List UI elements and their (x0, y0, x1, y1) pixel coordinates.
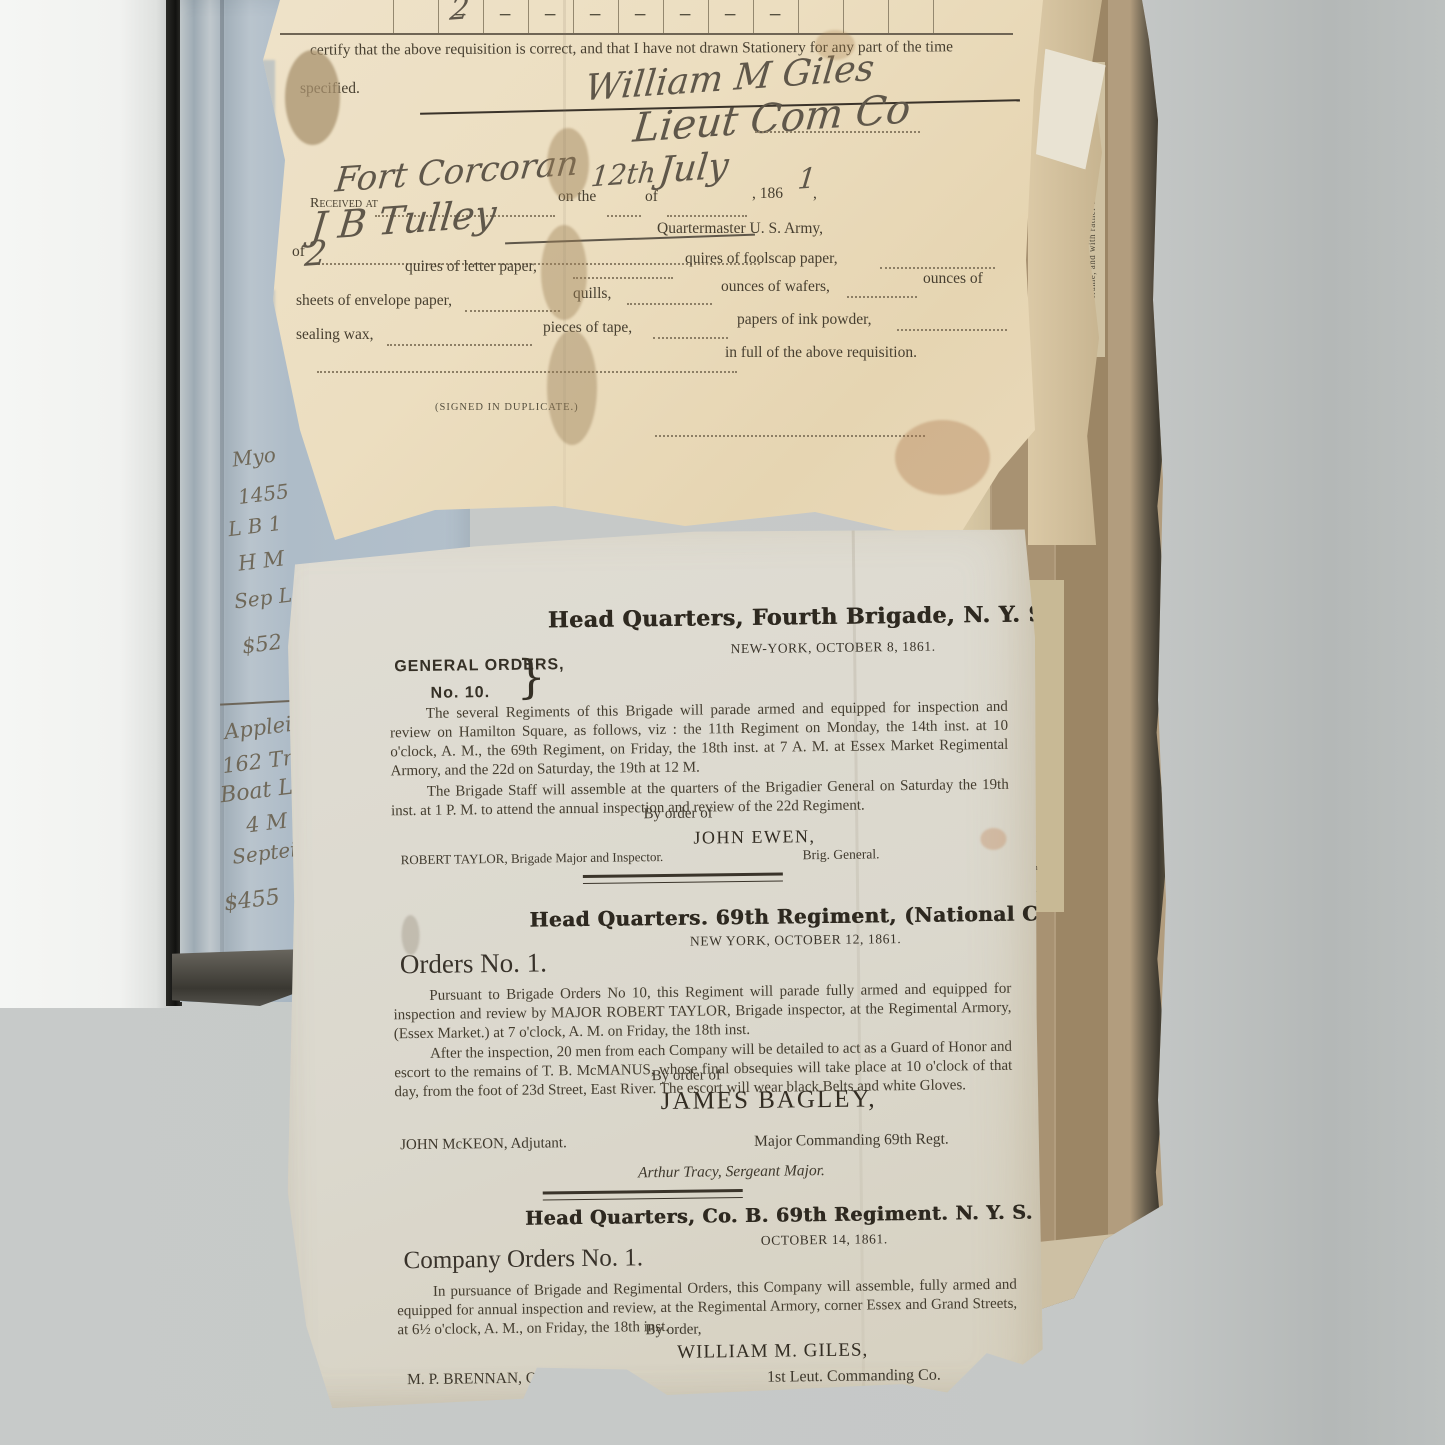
paper-stain (547, 128, 589, 200)
table-cell (888, 0, 933, 33)
dotted-line (897, 328, 1007, 331)
handwriting-fragment: Sep L (233, 583, 293, 614)
bagley-title: Major Commanding 69th Regt. (754, 1131, 949, 1151)
qty-letter-paper: 2 (303, 233, 329, 275)
mckeon-line: JOHN McKEON, Adjutant. (400, 1135, 567, 1154)
dotted-line (317, 370, 737, 373)
dotted-line (880, 266, 995, 269)
table-cell: − (573, 0, 618, 33)
hq-co-b-title: Head Quarters, Co. B. 69th Regiment. N. … (525, 1202, 1025, 1230)
pen-dash (505, 234, 755, 244)
handwriting-fragment: 1455 (237, 479, 290, 509)
received-place: Fort Corcoran (333, 143, 580, 200)
dotted-line (607, 214, 641, 217)
giles-title: 1st Leut. Commanding Co. (767, 1367, 941, 1387)
dotted-line (627, 302, 712, 305)
hq-fourth-brigade-title: Head Quarters, Fourth Brigade, N. Y. S. … (548, 601, 1048, 633)
orders-no1-heading: Orders No. 1. (400, 947, 547, 980)
fold-crease (563, 0, 566, 548)
hq-co-b-date: OCTOBER 14, 1861. (574, 1229, 1074, 1251)
ewen-title: Brig. General. (803, 846, 880, 863)
ewen-name: JOHN EWEN, (504, 824, 1004, 851)
dotted-line (755, 130, 920, 133)
handwriting-fragment: H M (237, 546, 286, 575)
handwriting-fragment: $52 (241, 630, 284, 659)
handwriting-fragment: $455 (223, 885, 282, 917)
line-wafers: ounces of wafers, (721, 278, 830, 296)
handwriting-fragment: 4 M (245, 809, 289, 838)
paper-stain (401, 915, 419, 955)
requisition-sheet: −−−−−−−− 2 certify that the above requis… (255, 0, 1045, 548)
handwriting-fragment: Septei (231, 837, 298, 869)
dotted-line (655, 434, 925, 437)
year-prefix: , 186 (752, 185, 783, 203)
dotted-line (573, 276, 673, 279)
taylor-line: ROBERT TAYLOR, Brigade Major and Inspect… (401, 849, 664, 868)
table-cell: − (618, 0, 663, 33)
table-cell (933, 0, 978, 33)
section-divider (543, 1189, 743, 1200)
brennan-line: M. P. BRENNAN, Orderly, (407, 1369, 577, 1389)
section-divider (583, 873, 783, 884)
year-comma: , (813, 185, 817, 203)
line-sealing-wax: sealing wax, (296, 326, 373, 344)
hq-69th-date: NEW YORK, OCTOBER 12, 1861. (596, 930, 996, 951)
paper-stain (895, 420, 990, 495)
line-ink-powder: papers of ink powder, (737, 311, 872, 329)
general-orders-number: No. 10. (431, 684, 491, 703)
paper-stain (980, 828, 1006, 850)
requisition-table-cells: −−−−−−−− (393, 0, 978, 33)
dotted-line (667, 214, 747, 217)
handwritten-quantity: 2 (448, 0, 471, 28)
scrapbook-scan: Myo1455L B 1H MSep L$52Applei162 TruBoat… (0, 0, 1445, 1445)
scanner-margin (0, 0, 170, 1008)
orders-sheet: Head Quarters, Fourth Brigade, N. Y. S. … (277, 517, 1050, 1418)
handwriting-fragment: Boat L (219, 775, 294, 809)
paper-stain (547, 330, 597, 445)
received-month: July (657, 145, 731, 191)
line-ounces-of: ounces of (923, 270, 983, 288)
giles-name: WILLIAM M. GILES, (523, 1338, 1023, 1366)
dotted-line (387, 343, 532, 346)
company-orders-heading: Company Orders No. 1. (403, 1244, 643, 1275)
paper-stain (285, 50, 340, 145)
table-cell: − (528, 0, 573, 33)
table-cell (843, 0, 888, 33)
torn-dark-edge (1130, 0, 1168, 1332)
orders1-paragraph-1: Pursuant to Brigade Orders No 10, this R… (393, 980, 1012, 1044)
table-cell: − (483, 0, 528, 33)
line-in-full: in full of the above requisition. (725, 344, 917, 362)
hq-fourth-brigade-date: NEW-YORK, OCTOBER 8, 1861. (633, 637, 1033, 658)
table-cell: − (663, 0, 708, 33)
paper-stain (815, 30, 855, 60)
dotted-line (465, 309, 560, 312)
of-label2: of (292, 243, 305, 261)
tracy-line: Arthur Tracy, Sergeant Major. (481, 1160, 981, 1184)
handwriting-fragment: Myo (231, 442, 277, 471)
handwriting-fragment: Applei (223, 712, 293, 744)
bagley-name: JAMES BAGLEY, (518, 1084, 1018, 1118)
line-letter-paper: quires of letter paper, (405, 258, 537, 276)
table-cell: − (753, 0, 798, 33)
table-cell: − (708, 0, 753, 33)
hq-69th-title: Head Quarters. 69th Regiment, (National … (529, 902, 1029, 932)
dotted-line (653, 336, 728, 339)
handwriting-fragment: L B 1 (227, 511, 283, 541)
general-orders-paragraph-1: The several Regiments of this Brigade wi… (390, 698, 1009, 781)
line-tape: pieces of tape, (543, 319, 632, 337)
line-foolscap: quires of foolscap paper, (685, 250, 838, 268)
page-crease (220, 0, 224, 1002)
table-cell (798, 0, 843, 33)
dotted-line (847, 295, 917, 298)
line-envelope: sheets of envelope paper, (296, 292, 452, 310)
brace-glyph: } (516, 649, 546, 703)
table-cell (393, 0, 438, 33)
